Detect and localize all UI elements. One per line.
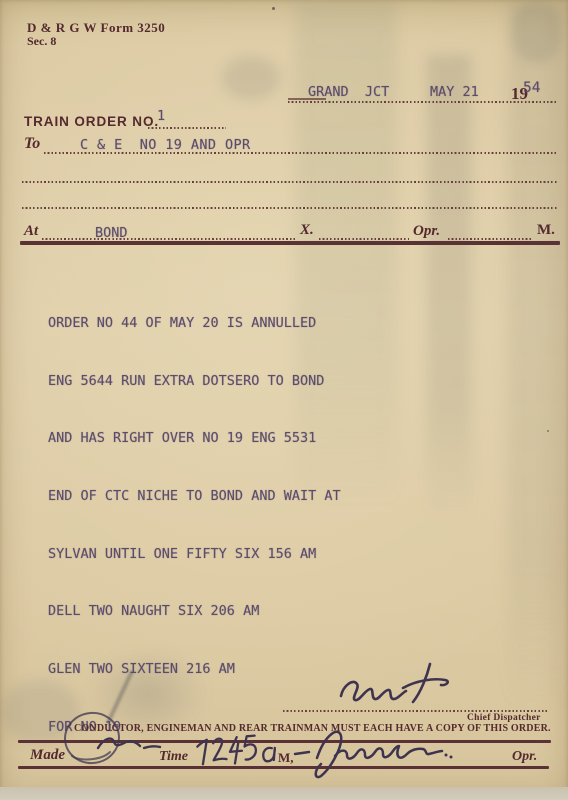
order-line: SYLVAN UNTIL ONE FIFTY SIX 156 AM xyxy=(48,546,341,572)
conductor-made-signature xyxy=(52,708,172,768)
order-line: AND HAS RIGHT OVER NO 19 ENG 5531 xyxy=(48,430,341,456)
order-body: ORDER NO 44 OF MAY 20 IS ANNULLED ENG 56… xyxy=(48,283,341,777)
order-line: DELL TWO NAUGHT SIX 206 AM xyxy=(48,603,341,629)
year-typed: 54 xyxy=(523,80,540,96)
at-label: At xyxy=(24,223,38,240)
opr-label: Opr. xyxy=(413,223,440,240)
order-line: END OF CTC NICHE TO BOND AND WAIT AT xyxy=(48,488,341,514)
station-value: GRAND JCT xyxy=(308,84,389,100)
chief-dispatcher-signature xyxy=(333,658,505,714)
blank-dotted-line xyxy=(22,207,557,209)
footer-opr-label: Opr. xyxy=(512,749,537,765)
operator-signature xyxy=(293,724,455,788)
train-order-dotted-line xyxy=(148,127,226,129)
to-label: To xyxy=(24,135,40,153)
stain-band-right xyxy=(508,0,568,710)
scan-edge xyxy=(0,787,568,800)
at-dotted-line xyxy=(319,238,409,240)
train-order-form: D & R G W Form 3250 Sec. 8 GRAND JCT MAY… xyxy=(0,0,568,800)
time-value-strokes xyxy=(190,727,288,777)
signature-strokes xyxy=(333,658,505,714)
x-label: X. xyxy=(300,222,314,239)
order-line: ORDER NO 44 OF MAY 20 IS ANNULLED xyxy=(48,315,341,341)
to-value: C & E NO 19 AND OPR xyxy=(80,137,251,153)
order-line: ENG 5644 RUN EXTRA DOTSERO TO BOND xyxy=(48,373,341,399)
made-signature-strokes xyxy=(52,708,172,768)
train-order-label: TRAIN ORDER NO. xyxy=(24,114,159,129)
paper-speck xyxy=(547,430,549,432)
header-divider-rule xyxy=(20,241,560,245)
date-value: MAY 21 xyxy=(430,84,479,100)
time-handwritten-value xyxy=(190,727,288,777)
operator-signature-strokes xyxy=(293,724,455,788)
smudge-top-right xyxy=(512,2,562,62)
form-section: Sec. 8 xyxy=(27,34,56,49)
train-order-number: 1 xyxy=(157,108,165,124)
order-line: GLEN TWO SIXTEEN 216 AM xyxy=(48,661,341,687)
stain-band-mid xyxy=(427,55,471,520)
at-dotted-line xyxy=(42,238,296,240)
chief-dispatcher-label: Chief Dispatcher xyxy=(467,713,541,723)
paper-speck xyxy=(272,7,275,10)
smudge-above-date xyxy=(222,56,280,100)
m-label: M. xyxy=(537,222,555,239)
blank-dotted-line xyxy=(22,181,557,183)
at-dotted-line xyxy=(448,238,533,240)
signature-dotted-line xyxy=(283,710,547,712)
